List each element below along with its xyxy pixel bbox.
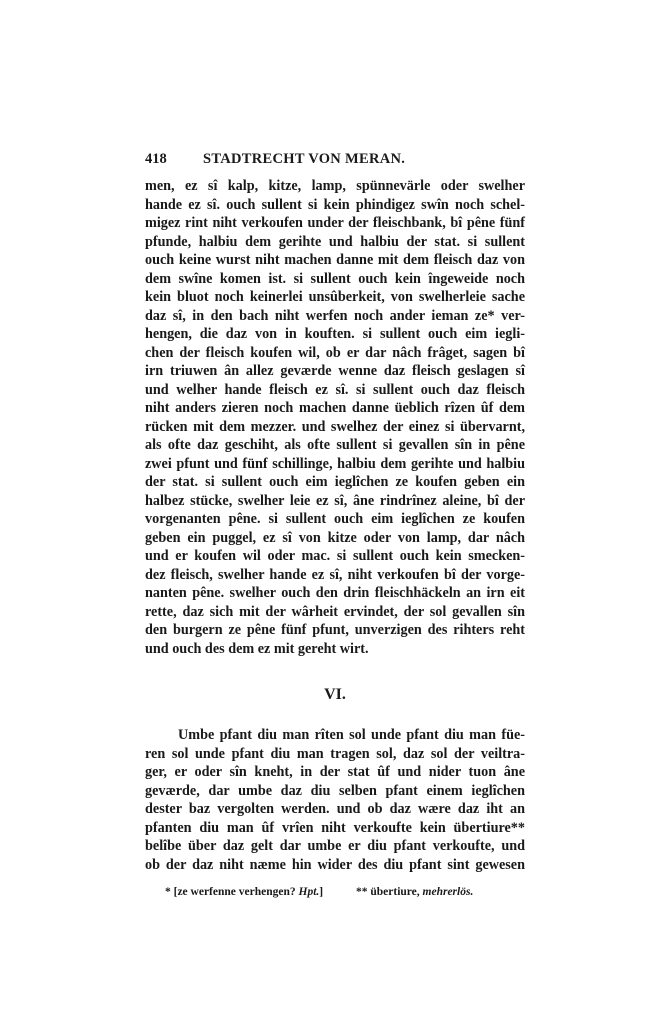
text-line: niht anders zieren noch machen danne üeb… xyxy=(145,399,525,418)
text-line: ouch keine wurst niht machen danne mit d… xyxy=(145,251,525,270)
text-line: chen der fleisch koufen wil, ob er dar n… xyxy=(145,344,525,363)
text-line: dem swîne komen ist. si sullent ouch kei… xyxy=(145,270,525,289)
text-line: kein bluot noch keinerlei unsûberkeit, v… xyxy=(145,288,525,307)
footnote-2: ** übertiure, mehrerlös. xyxy=(356,886,473,898)
footnote-tail: ] xyxy=(319,886,323,898)
text-line: migez rint niht verkoufen under der flei… xyxy=(145,214,525,233)
footnote-marker: * xyxy=(165,886,171,898)
text-line: Umbe pfant diu man rîten sol unde pfant … xyxy=(145,726,525,745)
text-line: pfunde, halbiu dem gerihte und halbiu de… xyxy=(145,233,525,252)
text-line: zwei pfunt und fünf schillinge, halbiu d… xyxy=(145,455,525,474)
footnote-italic: Hpt. xyxy=(299,886,320,898)
text-line: men, ez sî kalp, kitze, lamp, spünnevärl… xyxy=(145,177,525,196)
section-heading: VI. xyxy=(145,686,525,706)
text-line: rette, daz sich mit der wârheit ervindet… xyxy=(145,603,525,622)
footnote-italic: mehrerlös. xyxy=(423,886,474,898)
text-line: ren sol unde pfant diu man tragen sol, d… xyxy=(145,745,525,764)
text-line: rücken mit dem mezzer. und swelhez der e… xyxy=(145,418,525,437)
text-line: der stat. si sullent ouch eim ieglîchen … xyxy=(145,473,525,492)
text-line: belîbe über daz gelt dar umbe er diu pfa… xyxy=(145,837,525,856)
text-line: hengen, die daz von in kouften. si sulle… xyxy=(145,325,525,344)
text-line: und ouch des dem ez mit gereht wirt. xyxy=(145,640,525,659)
text-line: dester baz vergolten werden. und ob daz … xyxy=(145,800,525,819)
section-continued-text: men, ez sî kalp, kitze, lamp, spünnevärl… xyxy=(145,177,525,658)
text-line: den burgern ze pêne fünf pfunt, unverzig… xyxy=(145,621,525,640)
book-page: 418 STADTRECHT VON MERAN. men, ez sî kal… xyxy=(145,151,525,898)
footnote-text: [ze werfenne verhengen? xyxy=(174,886,296,898)
footnotes: * [ze werfenne verhengen? Hpt.] ** übert… xyxy=(145,886,525,898)
text-line: nanten pêne. swelher ouch den drin fleis… xyxy=(145,584,525,603)
text-line: daz sî, in den bach niht werfen noch and… xyxy=(145,307,525,326)
text-line: ob der daz niht næme hin wider des diu p… xyxy=(145,856,525,875)
footnote-1: * [ze werfenne verhengen? Hpt.] xyxy=(165,886,326,898)
text-line: irn triuwen ân allez geværde wenne daz f… xyxy=(145,362,525,381)
page-number: 418 xyxy=(145,151,203,168)
text-line: geben ein puggel, ez sî von kitze oder v… xyxy=(145,529,525,548)
text-line: und welher hande fleisch ez sî. si sulle… xyxy=(145,381,525,400)
text-line: als ofte daz geschiht, als ofte sullent … xyxy=(145,436,525,455)
running-head: 418 STADTRECHT VON MERAN. xyxy=(145,151,525,173)
text-line: pfanten diu man ûf vrîen niht verkoufte … xyxy=(145,819,525,838)
running-title: STADTRECHT VON MERAN. xyxy=(203,151,405,168)
footnote-text: übertiure, xyxy=(370,886,419,898)
section-vi-text: Umbe pfant diu man rîten sol unde pfant … xyxy=(145,726,525,874)
text-line: geværde, dar umbe daz diu selben pfant e… xyxy=(145,782,525,801)
text-line: ger, er oder sîn kneht, in der stat ûf u… xyxy=(145,763,525,782)
text-line: halbez stücke, swelher leie ez sî, âne r… xyxy=(145,492,525,511)
text-line: hande ez sî. ouch sullent si kein phindi… xyxy=(145,196,525,215)
footnote-marker: ** xyxy=(356,886,368,898)
text-line: und er koufen wil oder mac. si sullent o… xyxy=(145,547,525,566)
text-line: dez fleisch, swelher hande ez sî, niht v… xyxy=(145,566,525,585)
text-line: vorgenanten pêne. si sullent ouch eim ie… xyxy=(145,510,525,529)
